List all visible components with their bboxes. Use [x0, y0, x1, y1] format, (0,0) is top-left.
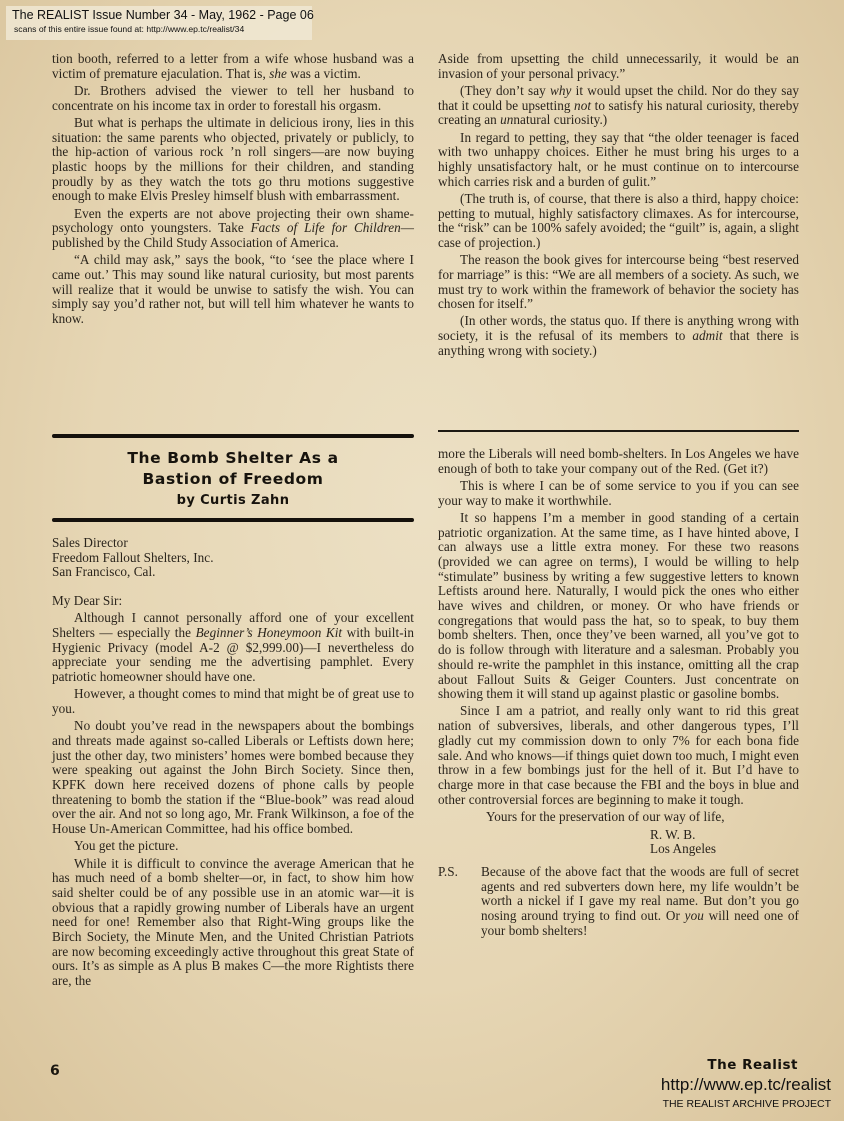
divider-rule-top — [52, 434, 414, 438]
divider-rule-bottom — [52, 518, 414, 522]
paragraph: (They don’t say why it would upset the c… — [438, 84, 799, 128]
salutation: My Dear Sir: — [52, 594, 414, 609]
paragraph: In regard to petting, they say that “the… — [438, 131, 799, 190]
signature-city: Los Angeles — [438, 842, 799, 857]
paragraph: You get the picture. — [52, 839, 414, 854]
article-left-column: Sales Director Freedom Fallout Shelters,… — [52, 536, 414, 991]
recipient-address: Sales Director Freedom Fallout Shelters,… — [52, 536, 414, 580]
headline-line-2: Bastion of Freedom — [52, 469, 414, 490]
divider-rule-right — [438, 430, 799, 432]
archive-project-name: THE REALIST ARCHIVE PROJECT — [663, 1098, 831, 1110]
page-number: 6 — [50, 1063, 60, 1079]
signature: R. W. B. — [438, 828, 799, 843]
magazine-masthead: The Realist — [707, 1057, 798, 1073]
previous-article-left-column: tion booth, referred to a letter from a … — [52, 52, 414, 329]
paragraph: However, a thought comes to mind that mi… — [52, 687, 414, 716]
paragraph: Aside from upsetting the child unnecessa… — [438, 52, 799, 81]
address-line: Sales Director — [52, 536, 414, 551]
postscript-label: P.S. — [438, 865, 481, 939]
headline-line-1: The Bomb Shelter As a — [52, 448, 414, 469]
postscript-body: Because of the above fact that the woods… — [481, 865, 799, 939]
archive-url: http://www.ep.tc/realist — [661, 1075, 831, 1095]
paragraph: It so happens I’m a member in good stand… — [438, 511, 799, 702]
byline: by Curtis Zahn — [52, 491, 414, 510]
paragraph: (The truth is, of course, that there is … — [438, 192, 799, 251]
article-headline: The Bomb Shelter As a Bastion of Freedom… — [52, 448, 414, 510]
previous-article-right-column: Aside from upsetting the child unnecessa… — [438, 52, 799, 361]
scan-info-banner: The REALIST Issue Number 34 - May, 1962 … — [6, 6, 312, 40]
paragraph: Dr. Brothers advised the viewer to tell … — [52, 84, 414, 113]
paragraph: (In other words, the status quo. If ther… — [438, 314, 799, 358]
issue-title: The REALIST Issue Number 34 - May, 1962 … — [12, 8, 306, 23]
postscript: P.S. Because of the above fact that the … — [438, 865, 799, 939]
paragraph: Since I am a patriot, and really only wa… — [438, 704, 799, 807]
paragraph: more the Liberals will need bomb-shelter… — [438, 447, 799, 476]
sign-off: Yours for the preservation of our way of… — [438, 810, 799, 825]
paragraph: No doubt you’ve read in the newspapers a… — [52, 719, 414, 837]
paragraph: tion booth, referred to a letter from a … — [52, 52, 414, 81]
paragraph: Although I cannot personally afford one … — [52, 611, 414, 685]
address-line: San Francisco, Cal. — [52, 565, 414, 580]
paragraph: Even the experts are not above projectin… — [52, 207, 414, 251]
paragraph: This is where I can be of some service t… — [438, 479, 799, 508]
paragraph: “A child may ask,” says the book, “to ‘s… — [52, 253, 414, 327]
article-right-column: more the Liberals will need bomb-shelter… — [438, 447, 799, 939]
address-line: Freedom Fallout Shelters, Inc. — [52, 551, 414, 566]
paragraph: While it is difficult to convince the av… — [52, 857, 414, 989]
paragraph: The reason the book gives for intercours… — [438, 253, 799, 312]
paragraph: But what is perhaps the ultimate in deli… — [52, 116, 414, 204]
scan-source-note: scans of this entire issue found at: htt… — [12, 23, 306, 35]
